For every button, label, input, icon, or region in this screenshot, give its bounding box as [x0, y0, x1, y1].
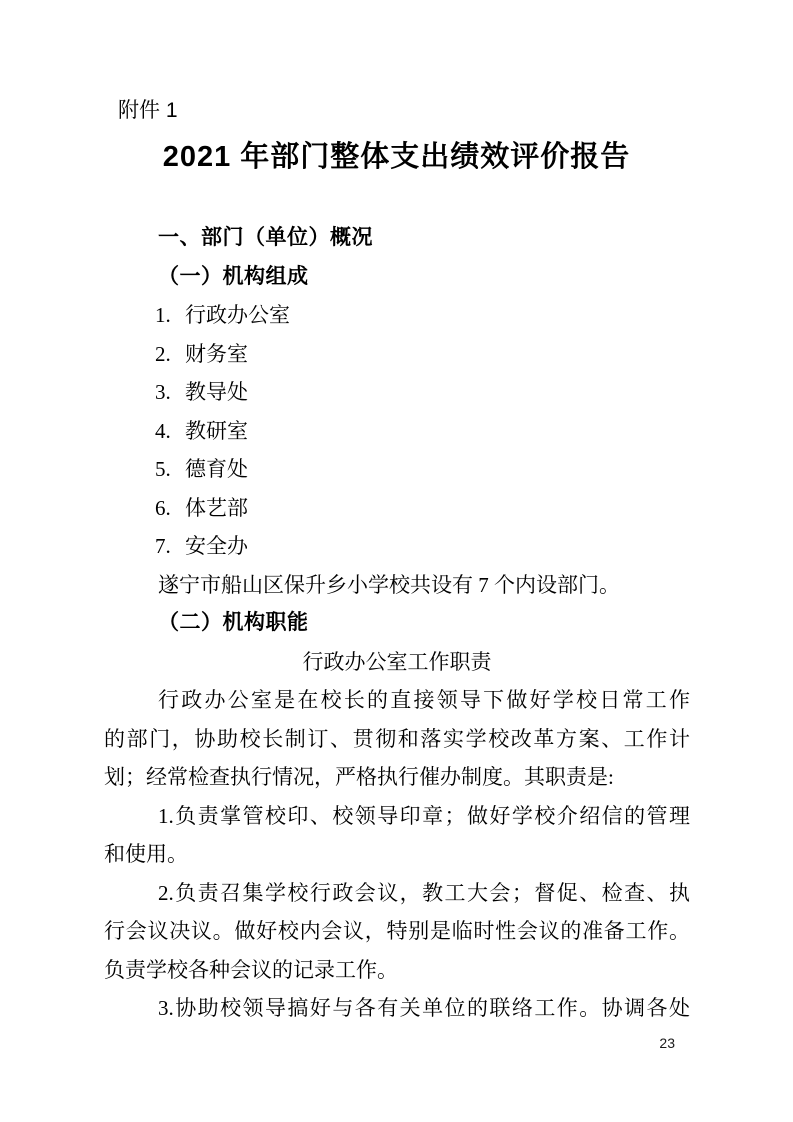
paragraph-line: 2.负责召集学校行政会议，教工大会；督促、检查、执 — [104, 874, 690, 913]
paragraph-line: 的部门，协助校长制订、贯彻和落实学校改革方案、工作计 — [104, 720, 690, 759]
department-name: 教研室 — [185, 419, 248, 443]
department-list-item: 5.德育处 — [104, 450, 690, 489]
document-body: 一、部门（单位）概况 （一）机构组成 1.行政办公室 2.财务室 3.教导处 4… — [104, 219, 690, 1028]
paragraph-line: 行会议决议。做好校内会议，特别是临时性会议的准备工作。 — [104, 912, 690, 951]
department-number: 6. — [155, 489, 185, 528]
subsection-heading-org-composition: （一）机构组成 — [104, 258, 690, 297]
department-number: 3. — [155, 373, 185, 412]
document-title: 2021 年部门整体支出绩效评价报告 — [0, 134, 793, 175]
department-list-item: 7.安全办 — [104, 527, 690, 566]
department-name: 行政办公室 — [185, 303, 290, 327]
org-summary-text: 遂宁市船山区保升乡小学校共设有 7 个内设部门。 — [104, 566, 690, 605]
department-number: 1. — [155, 296, 185, 335]
page-number: 23 — [659, 1035, 675, 1051]
department-number: 4. — [155, 412, 185, 451]
office-duty-title: 行政办公室工作职责 — [104, 643, 690, 682]
section-heading-overview: 一、部门（单位）概况 — [104, 219, 690, 258]
department-number: 5. — [155, 450, 185, 489]
department-list-item: 3.教导处 — [104, 373, 690, 412]
department-list-item: 4.教研室 — [104, 412, 690, 451]
paragraph-line: 和使用。 — [104, 835, 690, 874]
paragraph-line: 行政办公室是在校长的直接领导下做好学校日常工作 — [104, 681, 690, 720]
subsection-heading-org-functions: （二）机构职能 — [104, 604, 690, 643]
attachment-label: 附件 1 — [118, 94, 178, 124]
department-name: 教导处 — [185, 380, 248, 404]
paragraph-line: 1.负责掌管校印、校领导印章；做好学校介绍信的管理 — [104, 797, 690, 836]
document-page: 附件 1 2021 年部门整体支出绩效评价报告 一、部门（单位）概况 （一）机构… — [0, 0, 793, 1122]
department-name: 安全办 — [185, 534, 248, 558]
department-list-item: 1.行政办公室 — [104, 296, 690, 335]
department-number: 7. — [155, 527, 185, 566]
paragraph-line: 3.协助校领导搞好与各有关单位的联络工作。协调各处 — [104, 989, 690, 1028]
department-list-item: 2.财务室 — [104, 335, 690, 374]
paragraph-line: 负责学校各种会议的记录工作。 — [104, 951, 690, 990]
department-name: 财务室 — [185, 342, 248, 366]
department-list-item: 6.体艺部 — [104, 489, 690, 528]
department-name: 德育处 — [185, 457, 248, 481]
department-name: 体艺部 — [185, 496, 248, 520]
paragraph-line: 划；经常检查执行情况，严格执行催办制度。其职责是: — [104, 758, 690, 797]
department-number: 2. — [155, 335, 185, 374]
